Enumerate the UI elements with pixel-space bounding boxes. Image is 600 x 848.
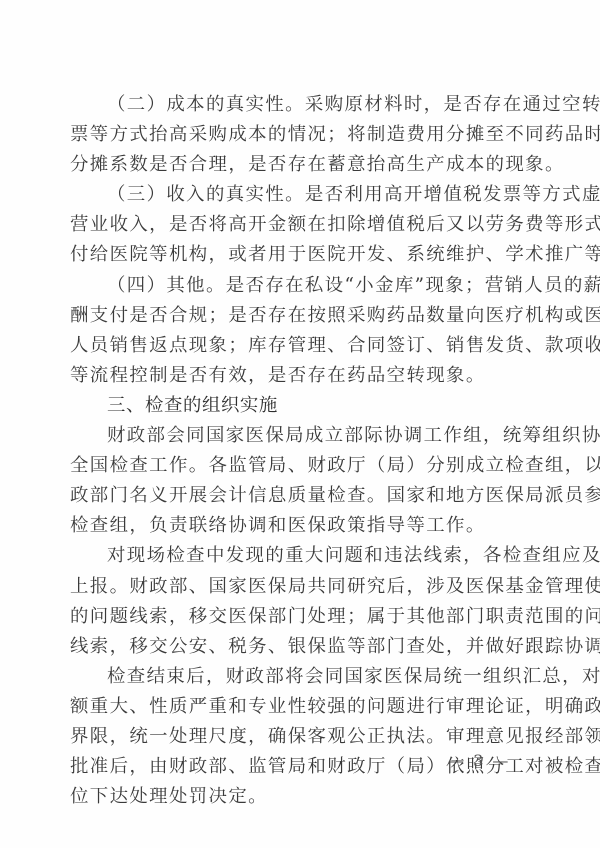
paragraph-cost-authenticity-line-1: （二）成本的真实性。采购原材料时，是否存在通过空转发 — [70, 90, 526, 120]
paragraph-clues-line-2: 上报。财政部、国家医保局共同研究后，涉及医保基金管理使用 — [70, 572, 526, 602]
document-page: （二）成本的真实性。采购原材料时，是否存在通过空转发 票等方式抬高采购成本的情况… — [0, 0, 600, 848]
paragraph-working-group-line-2: 全国检查工作。各监管局、财政厅（局）分别成立检查组，以财 — [70, 451, 526, 481]
paragraph-cost-authenticity-line-2: 票等方式抬高采购成本的情况；将制造费用分摊至不同药品时， — [70, 120, 526, 150]
section-heading-organization: 三、检查的组织实施 — [70, 391, 526, 421]
paragraph-working-group-line-4: 检查组，负责联络协调和医保政策指导等工作。 — [70, 511, 526, 541]
paragraph-revenue-authenticity-line-3: 付给医院等机构，或者用于医院开发、系统维护、学术推广等。 — [70, 240, 526, 270]
paragraph-revenue-authenticity-line-1: （三）收入的真实性。是否利用高开增值税发票等方式虚增 — [70, 180, 526, 210]
paragraph-other-line-2: 酬支付是否合规；是否存在按照采购药品数量向医疗机构或医务 — [70, 301, 526, 331]
paragraph-revenue-authenticity-line-2: 营业收入，是否将高开金额在扣除增值税后又以劳务费等形式支 — [70, 210, 526, 240]
page-number: — 3 — — [448, 751, 510, 770]
document-body: （二）成本的真实性。采购原材料时，是否存在通过空转发 票等方式抬高采购成本的情况… — [70, 90, 526, 812]
paragraph-conclusion-line-3: 界限，统一处理尺度，确保客观公正执法。审理意见报经部领导 — [70, 722, 526, 752]
paragraph-cost-authenticity-line-3: 分摊系数是否合理，是否存在蓄意抬高生产成本的现象。 — [70, 150, 526, 180]
paragraph-clues-line-4: 线索，移交公安、税务、银保监等部门查处，并做好跟踪协调。 — [70, 632, 526, 662]
paragraph-working-group-line-3: 政部门名义开展会计信息质量检查。国家和地方医保局派员参加 — [70, 481, 526, 511]
paragraph-clues-line-1: 对现场检查中发现的重大问题和违法线索，各检查组应及时 — [70, 541, 526, 571]
paragraph-conclusion-line-1: 检查结束后，财政部将会同国家医保局统一组织汇总，对金 — [70, 662, 526, 692]
paragraph-conclusion-line-2: 额重大、性质严重和专业性较强的问题进行审理论证，明确政策 — [70, 692, 526, 722]
paragraph-conclusion-line-5: 位下达处理处罚决定。 — [70, 782, 526, 812]
paragraph-working-group-line-1: 财政部会同国家医保局成立部际协调工作组，统筹组织协调 — [70, 421, 526, 451]
paragraph-clues-line-3: 的问题线索，移交医保部门处理；属于其他部门职责范围的问题 — [70, 602, 526, 632]
paragraph-other-line-4: 等流程控制是否有效，是否存在药品空转现象。 — [70, 361, 526, 391]
paragraph-other-line-1: （四）其他。是否存在私设“小金库”现象；营销人员的薪 — [70, 271, 526, 301]
paragraph-other-line-3: 人员销售返点现象；库存管理、合同签订、销售发货、款项收取 — [70, 331, 526, 361]
